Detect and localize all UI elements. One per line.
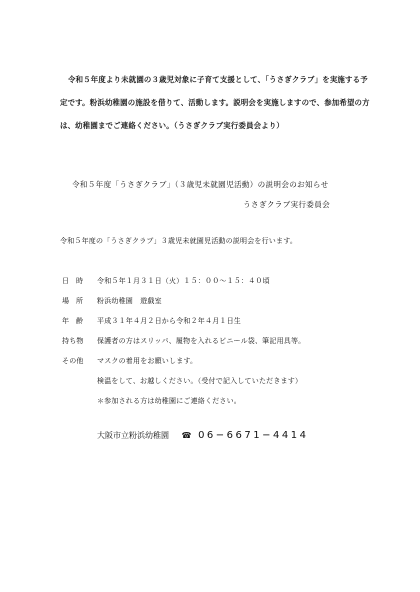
organizer-name: うさぎクラブ実行委員会 — [243, 199, 330, 210]
detail-row-other-3: ＊参加される方は幼稚園にご連絡ください。 — [62, 396, 305, 416]
detail-value: 粉浜幼稚園 遊戯室 — [97, 296, 162, 316]
detail-row-belongings: 持ち物 保護者の方はスリッパ、履物を入れるビニール袋、筆記用具等。 — [62, 336, 305, 356]
intro-line: 定です。粉浜幼稚園の施設を借りて、活動します。説明会を実施しますので、参加希望の… — [60, 91, 380, 114]
detail-value: マスクの着用をお願いします。 — [97, 356, 197, 376]
detail-value: 平成３１年４月２日から令和２年４月１日生 — [97, 316, 241, 336]
detail-label — [62, 396, 97, 416]
detail-label: その他 — [62, 356, 97, 376]
notice-lead: 令和５年度の「うさぎクラブ」３歳児未就園児活動の説明会を行います。 — [60, 236, 297, 246]
detail-value: 令和５年１月３１日（火）１５：００～１５：４０頃 — [97, 276, 270, 296]
detail-label — [62, 376, 97, 396]
contact-line: 大阪市立粉浜幼稚園 ☎ 06−6671−4414 — [97, 430, 308, 441]
detail-row-other: その他 マスクの着用をお願いします。 — [62, 356, 305, 376]
kindergarten-name: 大阪市立粉浜幼稚園 — [97, 431, 169, 440]
detail-label: 持ち物 — [62, 336, 97, 356]
phone-number: 06−6671−4414 — [198, 430, 308, 441]
detail-row-age: 年齢 平成３１年４月２日から令和２年４月１日生 — [62, 316, 305, 336]
detail-value: ＊参加される方は幼稚園にご連絡ください。 — [97, 396, 241, 416]
detail-label: 場所 — [62, 296, 97, 316]
telephone-icon: ☎ — [182, 431, 192, 440]
detail-row-datetime: 日時 令和５年１月３１日（火）１５：００～１５：４０頃 — [62, 276, 305, 296]
notice-title: 令和５年度「うさぎクラブ」（３歳児未就園児活動）の説明会のお知らせ — [72, 179, 328, 190]
intro-line: 令和５年度より未就園の３歳児対象に子育て支援として、「うさぎクラブ」を実施する予 — [60, 68, 380, 91]
document-page: 令和５年度より未就園の３歳児対象に子育て支援として、「うさぎクラブ」を実施する予… — [0, 0, 420, 592]
detail-value: 保護者の方はスリッパ、履物を入れるビニール袋、筆記用具等。 — [97, 336, 305, 356]
detail-label: 日時 — [62, 276, 97, 296]
details-list: 日時 令和５年１月３１日（火）１５：００～１５：４０頃 場所 粉浜幼稚園 遊戯室… — [62, 276, 305, 416]
detail-label: 年齢 — [62, 316, 97, 336]
intro-line: は、幼稚園までご連絡ください。（うさぎクラブ実行委員会より） — [60, 114, 380, 137]
intro-paragraph: 令和５年度より未就園の３歳児対象に子育て支援として、「うさぎクラブ」を実施する予… — [60, 68, 380, 137]
detail-row-place: 場所 粉浜幼稚園 遊戯室 — [62, 296, 305, 316]
intro-line-text: 令和５年度より未就園の３歳児対象に子育て支援として、「うさぎクラブ」を実施する予 — [68, 75, 368, 84]
detail-row-other-2: 検温をして、お越しください。（受付で記入していただきます） — [62, 376, 305, 396]
detail-value: 検温をして、お越しください。（受付で記入していただきます） — [97, 376, 302, 396]
